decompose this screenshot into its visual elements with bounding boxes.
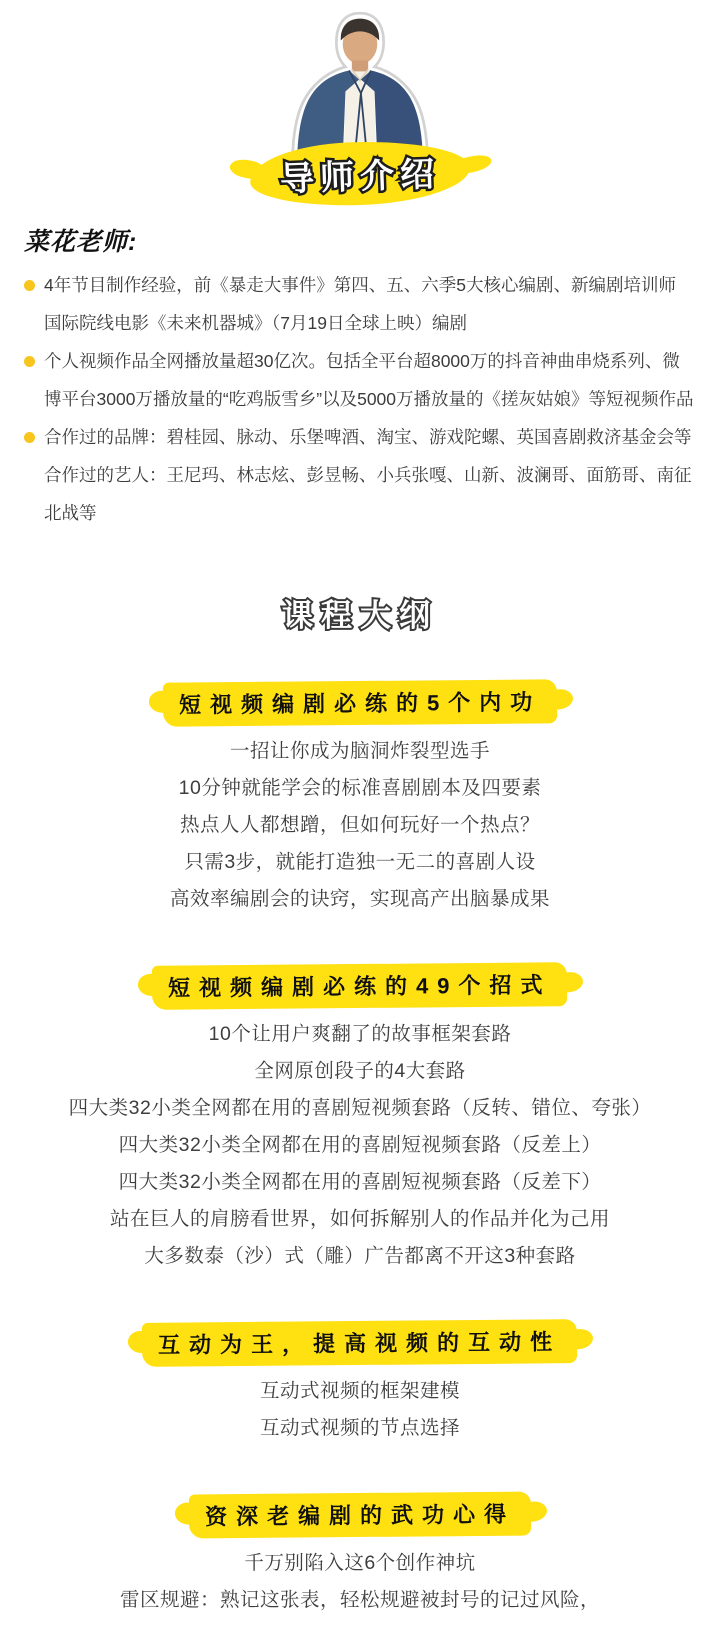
section-1: 短视频编剧必练的5个内功 一招让你成为脑洞炸裂型选手 10分钟就能学会的标准喜剧… [0,681,720,918]
bullet-line: 个人视频作品全网播放量超30亿次。包括全平台超8000万的抖音神曲串烧系列、微博… [44,342,696,418]
section-4-heading: 资深老编剧的武功心得 [189,1492,531,1539]
outline-title-text: 课程大纲 [282,598,438,633]
course-item: 一招让你成为脑洞炸裂型选手 [0,733,720,770]
section-1-highlight: 短视频编剧必练的5个内功 [163,679,558,726]
section-3-heading: 互动为王，提高视频的互动性 [142,1319,577,1367]
section-4-items: 千万别陷入这6个创作神坑 雷区规避：熟记这张表，轻松规避被封号的记过风险， [0,1545,720,1619]
course-item: 全网原创段子的4大套路 [0,1053,720,1090]
course-item: 互动式视频的节点选择 [0,1410,720,1447]
section-3-highlight: 互动为王，提高视频的互动性 [142,1319,577,1367]
course-item: 互动式视频的框架建模 [0,1373,720,1410]
course-item: 站在巨人的肩膀看世界，如何拆解别人的作品并化为己用 [0,1201,720,1238]
section-1-heading: 短视频编剧必练的5个内功 [163,679,558,726]
section-2-items: 10个让用户爽翻了的故事框架套路 全网原创段子的4大套路 四大类32小类全网都在… [0,1016,720,1275]
promo-page: 导师介绍 菜花老师: 4年节目制作经验，前《暴走大事件》第四、五、六季5大核心编… [0,0,720,1636]
course-sections: 短视频编剧必练的5个内功 一招让你成为脑洞炸裂型选手 10分钟就能学会的标准喜剧… [0,681,720,1619]
instructor-section: 菜花老师: 4年节目制作经验，前《暴走大事件》第四、五、六季5大核心编剧、新编剧… [0,204,720,532]
instructor-bullet-1: 4年节目制作经验，前《暴走大事件》第四、五、六季5大核心编剧、新编剧培训师 国际… [24,266,696,342]
course-item: 四大类32小类全网都在用的喜剧短视频套路（反差下） [0,1164,720,1201]
outline-title: 课程大纲 [0,590,720,635]
hero-title-text: 导师介绍 [280,155,441,199]
instructor-bullet-2: 个人视频作品全网播放量超30亿次。包括全平台超8000万的抖音神曲串烧系列、微博… [24,342,696,418]
section-3: 互动为王，提高视频的互动性 互动式视频的框架建模 互动式视频的节点选择 [0,1321,720,1447]
section-2-heading: 短视频编剧必练的49个招式 [152,962,568,1010]
section-4: 资深老编剧的武功心得 千万别陷入这6个创作神坑 雷区规避：熟记这张表，轻松规避被… [0,1493,720,1619]
bullet-dot-icon [24,280,35,291]
course-item: 雷区规避：熟记这张表，轻松规避被封号的记过风险， [0,1582,720,1619]
section-2: 短视频编剧必练的49个招式 10个让用户爽翻了的故事框架套路 全网原创段子的4大… [0,964,720,1275]
course-item: 10分钟就能学会的标准喜剧剧本及四要素 [0,770,720,807]
bullet-dot-icon [24,356,35,367]
bullet-line: 合作过的品牌：碧桂园、脉动、乐堡啤酒、淘宝、游戏陀螺、英国喜剧救济基金会等 [44,418,696,456]
hero-section: 导师介绍 [0,0,720,204]
course-item: 只需3步，就能打造独一无二的喜剧人设 [0,844,720,881]
bullet-dot-icon [24,432,35,443]
instructor-bullet-3: 合作过的品牌：碧桂园、脉动、乐堡啤酒、淘宝、游戏陀螺、英国喜剧救济基金会等 合作… [24,418,696,532]
course-item: 四大类32小类全网都在用的喜剧短视频套路（反转、错位、夸张） [0,1090,720,1127]
course-item: 大多数泰（沙）式（雕）广告都离不开这3种套路 [0,1238,720,1275]
instructor-name: 菜花老师: [24,222,696,258]
section-4-highlight: 资深老编剧的武功心得 [189,1492,531,1539]
bullet-line: 国际院线电影《未来机器城》（7月19日全球上映）编剧 [44,304,696,342]
hero-title: 导师介绍 [249,138,471,209]
bullet-line: 合作过的艺人：王尼玛、林志炫、彭昱畅、小兵张嘎、山新、波澜哥、面筋哥、南征北战等 [44,456,696,532]
course-item: 四大类32小类全网都在用的喜剧短视频套路（反差上） [0,1127,720,1164]
bullet-line: 4年节目制作经验，前《暴走大事件》第四、五、六季5大核心编剧、新编剧培训师 [44,266,696,304]
course-item: 热点人人都想蹭，但如何玩好一个热点？ [0,807,720,844]
course-item: 千万别陷入这6个创作神坑 [0,1545,720,1582]
course-item: 高效率编剧会的诀窍，实现高产出脑暴成果 [0,881,720,918]
section-2-highlight: 短视频编剧必练的49个招式 [152,962,568,1010]
course-item: 10个让用户爽翻了的故事框架套路 [0,1016,720,1053]
section-1-items: 一招让你成为脑洞炸裂型选手 10分钟就能学会的标准喜剧剧本及四要素 热点人人都想… [0,733,720,918]
yellow-splash-shape: 导师介绍 [249,138,471,209]
section-3-items: 互动式视频的框架建模 互动式视频的节点选择 [0,1373,720,1447]
